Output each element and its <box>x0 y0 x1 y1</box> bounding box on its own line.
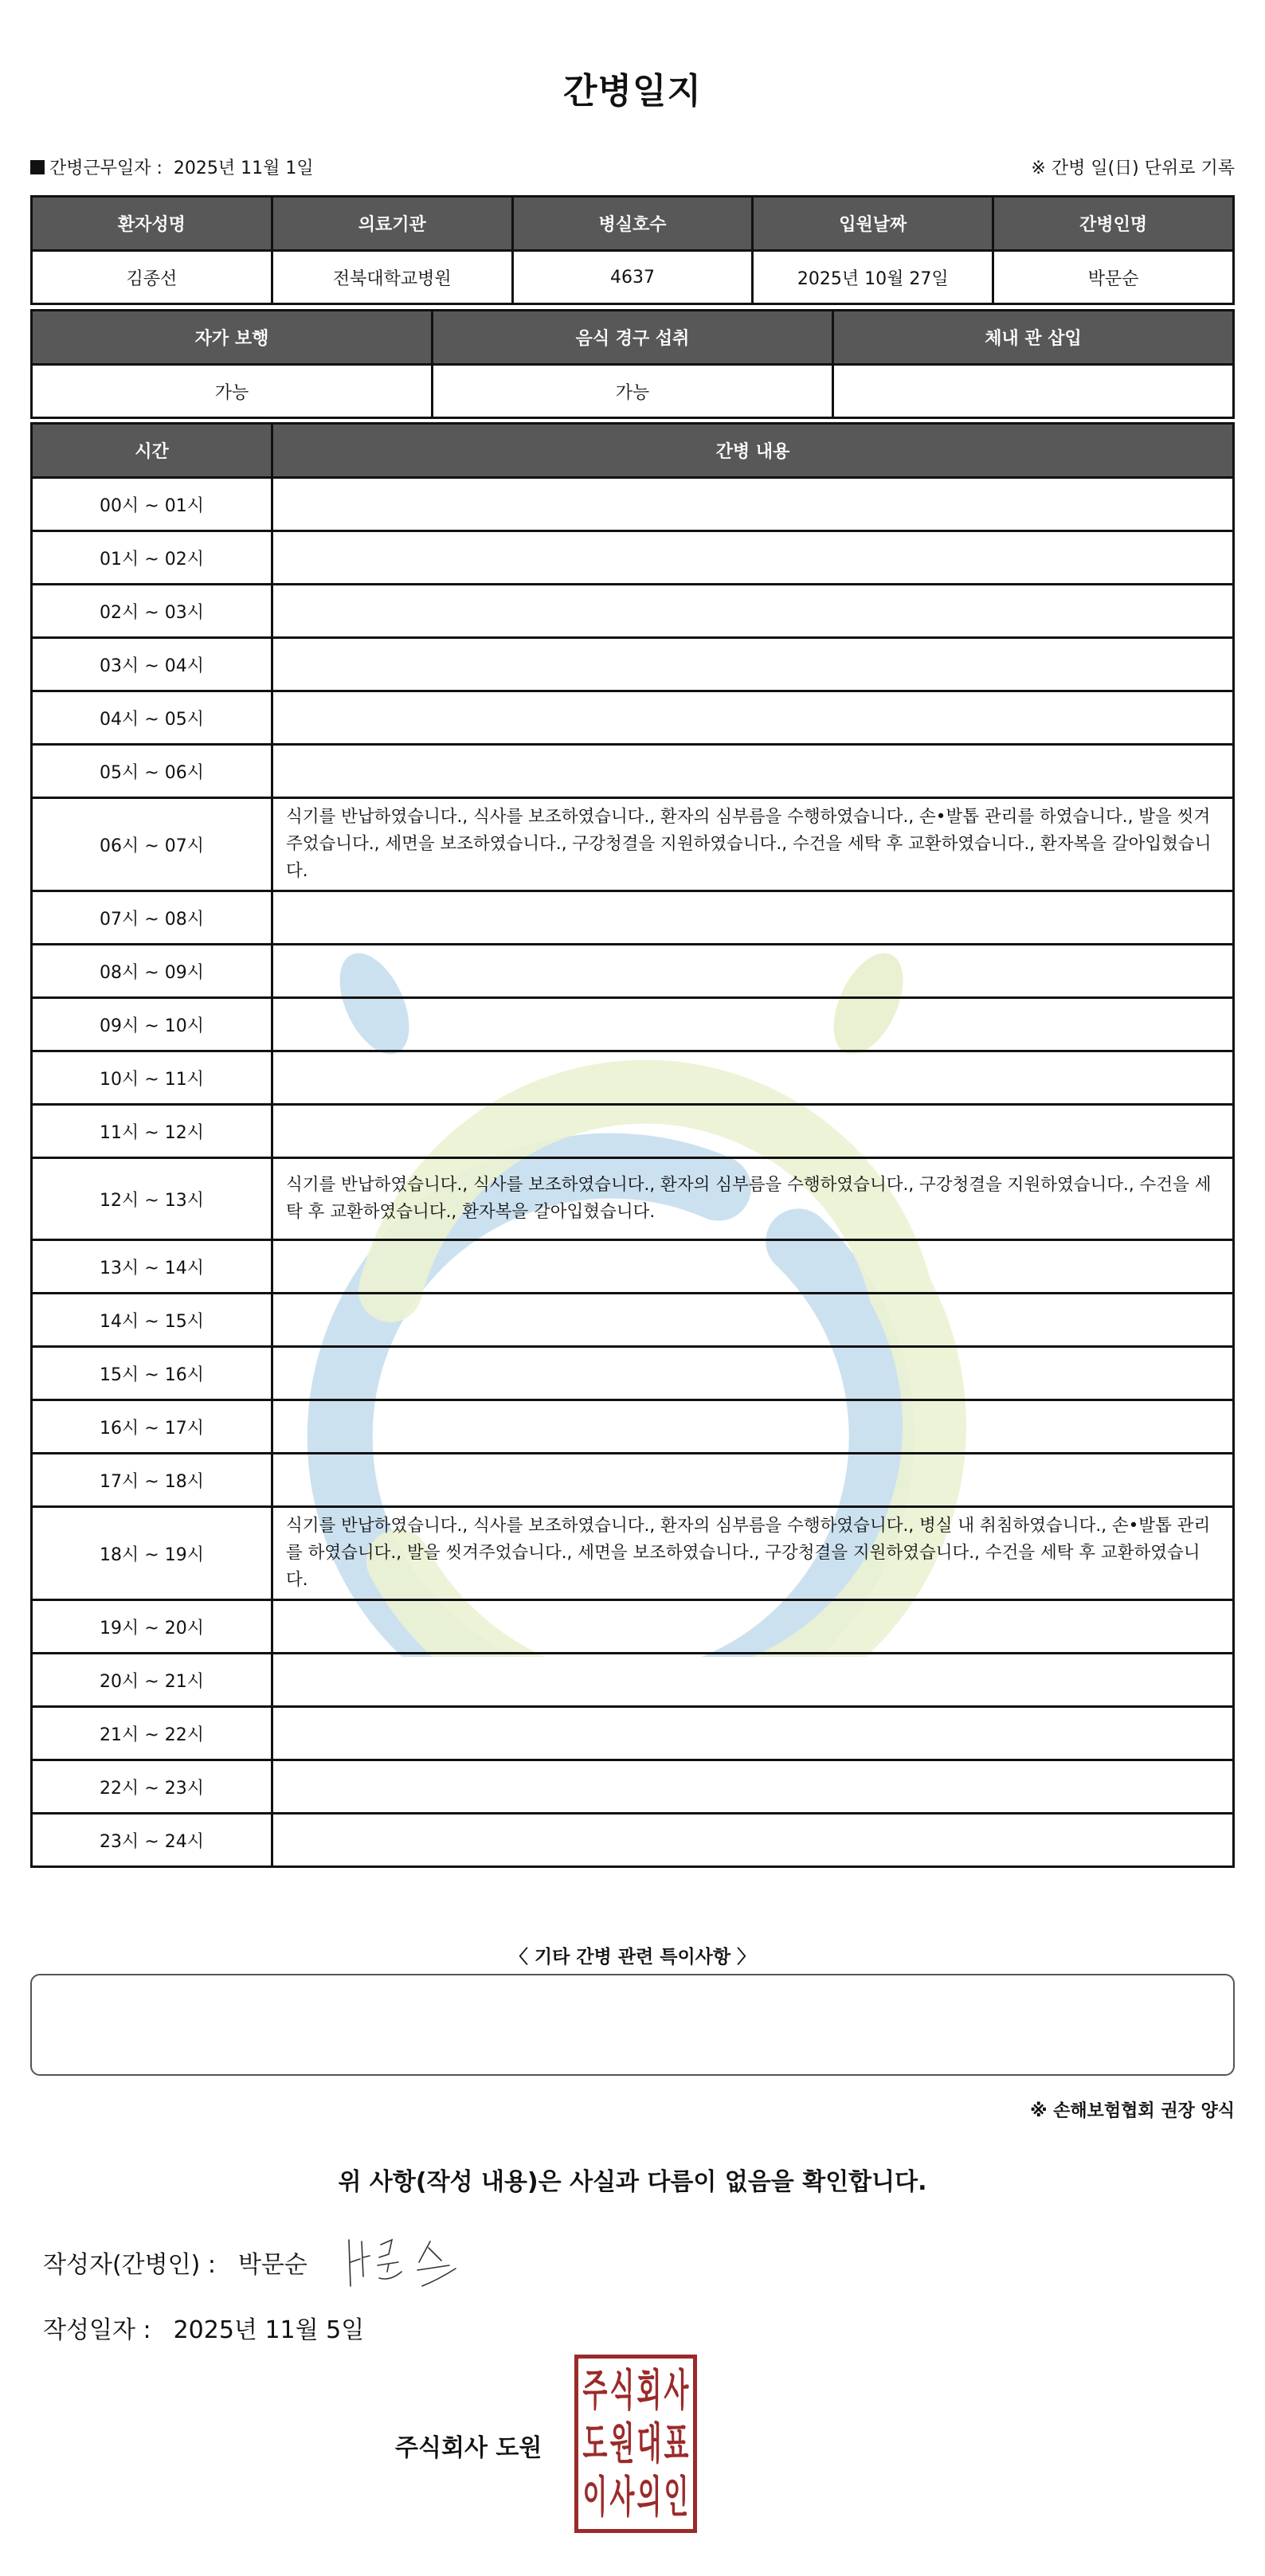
work-date-value: 2025년 11월 1일 <box>174 159 314 178</box>
header-tube-insertion: 체내 관 삽입 <box>833 311 1234 365</box>
time-slot: 09시 ~ 10시 <box>32 998 272 1051</box>
writer-name: 박문순 <box>238 2251 307 2279</box>
time-slot: 05시 ~ 06시 <box>32 745 272 798</box>
time-slot: 18시 ~ 19시 <box>32 1507 272 1600</box>
care-content <box>272 1654 1234 1707</box>
company-name: 주식회사 도원 <box>395 2434 542 2462</box>
document-title: 간병일지 <box>0 62 1265 113</box>
table-row: 19시 ~ 20시 <box>32 1600 1234 1654</box>
care-content: 식기를 반납하였습니다., 식사를 보조하였습니다., 환자의 심부름을 수행하… <box>272 1507 1234 1600</box>
table-row: 00시 ~ 01시 <box>32 478 1234 531</box>
seal-char: 대 <box>637 2422 662 2465</box>
seal-char: 의 <box>637 2476 662 2519</box>
table-row: 18시 ~ 19시식기를 반납하였습니다., 식사를 보조하였습니다., 환자의… <box>32 1507 1234 1600</box>
care-content <box>272 1814 1234 1867</box>
care-content <box>272 891 1234 945</box>
time-slot: 08시 ~ 09시 <box>32 945 272 998</box>
time-slot: 20시 ~ 21시 <box>32 1654 272 1707</box>
self-walking: 가능 <box>32 365 433 418</box>
table-row: 23시 ~ 24시 <box>32 1814 1234 1867</box>
patient-name: 김종선 <box>32 251 272 304</box>
company-seal: 주식회사 도원대표 이사의인 <box>574 2355 697 2533</box>
time-slot: 15시 ~ 16시 <box>32 1347 272 1400</box>
room-number: 4637 <box>512 251 753 304</box>
time-slot: 07시 ~ 08시 <box>32 891 272 945</box>
time-slot: 00시 ~ 01시 <box>32 478 272 531</box>
header-hospital: 의료기관 <box>272 197 512 251</box>
table-row: 03시 ~ 04시 <box>32 638 1234 691</box>
seal-char: 사 <box>664 2368 689 2411</box>
time-slot: 13시 ~ 14시 <box>32 1240 272 1294</box>
table-row: 16시 ~ 17시 <box>32 1400 1234 1454</box>
caregiver-name: 박문순 <box>993 251 1234 304</box>
time-slot: 03시 ~ 04시 <box>32 638 272 691</box>
handwritten-signature <box>343 2230 478 2294</box>
time-slot: 22시 ~ 23시 <box>32 1760 272 1814</box>
remarks-title: 〈 기타 간병 관련 특이사항 〉 <box>0 1942 1265 1968</box>
admission-date: 2025년 10월 27일 <box>753 251 993 304</box>
remarks-box <box>30 1974 1235 2076</box>
header-care-content: 간병 내용 <box>272 424 1234 478</box>
time-slot: 19시 ~ 20시 <box>32 1600 272 1654</box>
header-admission-date: 입원날짜 <box>753 197 993 251</box>
header-caregiver: 간병인명 <box>993 197 1234 251</box>
care-content <box>272 1454 1234 1507</box>
care-content <box>272 691 1234 745</box>
header-time: 시간 <box>32 424 272 478</box>
table-row: 08시 ~ 09시 <box>32 945 1234 998</box>
record-note: ※ 간병 일(日) 단위로 기록 <box>1031 155 1235 179</box>
time-slot: 06시 ~ 07시 <box>32 798 272 891</box>
time-slot: 02시 ~ 03시 <box>32 585 272 638</box>
hospital: 전북대학교병원 <box>272 251 512 304</box>
time-slot: 21시 ~ 22시 <box>32 1707 272 1760</box>
tube-insertion <box>833 365 1234 418</box>
seal-char: 사 <box>610 2476 635 2519</box>
table-row: 21시 ~ 22시 <box>32 1707 1234 1760</box>
time-slot: 12시 ~ 13시 <box>32 1158 272 1240</box>
work-date-label: 간병근무일자 : <box>49 159 163 178</box>
care-content <box>272 1240 1234 1294</box>
work-date: 간병근무일자 : 2025년 11월 1일 <box>30 155 314 179</box>
oral-intake: 가능 <box>433 365 833 418</box>
time-slot: 01시 ~ 02시 <box>32 531 272 585</box>
header-patient-name: 환자성명 <box>32 197 272 251</box>
header-room: 병실호수 <box>512 197 753 251</box>
table-row: 13시 ~ 14시 <box>32 1240 1234 1294</box>
time-slot: 14시 ~ 15시 <box>32 1294 272 1347</box>
time-slot: 17시 ~ 18시 <box>32 1454 272 1507</box>
table-row: 10시 ~ 11시 <box>32 1051 1234 1105</box>
writer-label: 작성자(간병인) : <box>43 2251 216 2279</box>
care-content <box>272 1600 1234 1654</box>
table-row: 20시 ~ 21시 <box>32 1654 1234 1707</box>
care-content <box>272 1707 1234 1760</box>
table-row: 17시 ~ 18시 <box>32 1454 1234 1507</box>
time-slot: 04시 ~ 05시 <box>32 691 272 745</box>
seal-char: 회 <box>637 2368 662 2411</box>
care-content <box>272 1294 1234 1347</box>
care-content <box>272 998 1234 1051</box>
seal-char: 도 <box>583 2422 608 2465</box>
write-date-line: 작성일자 :2025년 11월 5일 <box>43 2310 364 2345</box>
table-row: 07시 ~ 08시 <box>32 891 1234 945</box>
table-row: 01시 ~ 02시 <box>32 531 1234 585</box>
time-slot: 23시 ~ 24시 <box>32 1814 272 1867</box>
care-content <box>272 1760 1234 1814</box>
care-content <box>272 1105 1234 1158</box>
seal-char: 이 <box>583 2476 608 2519</box>
table-row: 02시 ~ 03시 <box>32 585 1234 638</box>
care-content <box>272 1400 1234 1454</box>
care-content <box>272 478 1234 531</box>
square-bullet-icon <box>30 160 45 174</box>
table-row: 15시 ~ 16시 <box>32 1347 1234 1400</box>
seal-char: 식 <box>610 2368 635 2411</box>
table-row: 11시 ~ 12시 <box>32 1105 1234 1158</box>
care-content: 식기를 반납하였습니다., 식사를 보조하였습니다., 환자의 심부름을 수행하… <box>272 1158 1234 1240</box>
care-content: 식기를 반납하였습니다., 식사를 보조하였습니다., 환자의 심부름을 수행하… <box>272 798 1234 891</box>
table-row: 04시 ~ 05시 <box>32 691 1234 745</box>
table-row: 22시 ~ 23시 <box>32 1760 1234 1814</box>
time-slot: 10시 ~ 11시 <box>32 1051 272 1105</box>
care-content <box>272 745 1234 798</box>
patient-info-table: 환자성명 의료기관 병실호수 입원날짜 간병인명 김종선 전북대학교병원 463… <box>30 195 1235 305</box>
table-row: 05시 ~ 06시 <box>32 745 1234 798</box>
table-row: 14시 ~ 15시 <box>32 1294 1234 1347</box>
table-row: 09시 ~ 10시 <box>32 998 1234 1051</box>
seal-char: 인 <box>664 2476 689 2519</box>
seal-char: 주 <box>583 2368 608 2411</box>
write-date-label: 작성일자 : <box>43 2316 151 2344</box>
care-log-table: 시간 간병 내용 00시 ~ 01시01시 ~ 02시02시 ~ 03시03시 … <box>30 422 1235 1868</box>
form-note: ※ 손해보험협회 권장 양식 <box>1030 2097 1235 2122</box>
writer-line: 작성자(간병인) :박문순 <box>43 2245 307 2280</box>
header-self-walking: 자가 보행 <box>32 311 433 365</box>
time-slot: 16시 ~ 17시 <box>32 1400 272 1454</box>
table-row: 12시 ~ 13시식기를 반납하였습니다., 식사를 보조하였습니다., 환자의… <box>32 1158 1234 1240</box>
care-content <box>272 585 1234 638</box>
write-date-value: 2025년 11월 5일 <box>174 2316 365 2344</box>
care-content <box>272 1347 1234 1400</box>
table-row: 06시 ~ 07시식기를 반납하였습니다., 식사를 보조하였습니다., 환자의… <box>32 798 1234 891</box>
care-content <box>272 1051 1234 1105</box>
care-content <box>272 945 1234 998</box>
status-table: 자가 보행 음식 경구 섭취 체내 관 삽입 가능 가능 <box>30 309 1235 419</box>
header-oral-intake: 음식 경구 섭취 <box>433 311 833 365</box>
seal-char: 표 <box>664 2422 689 2465</box>
time-slot: 11시 ~ 12시 <box>32 1105 272 1158</box>
confirmation-statement: 위 사항(작성 내용)은 사실과 다름이 없음을 확인합니다. <box>0 2162 1265 2197</box>
seal-char: 원 <box>610 2422 635 2465</box>
care-content <box>272 531 1234 585</box>
care-content <box>272 638 1234 691</box>
